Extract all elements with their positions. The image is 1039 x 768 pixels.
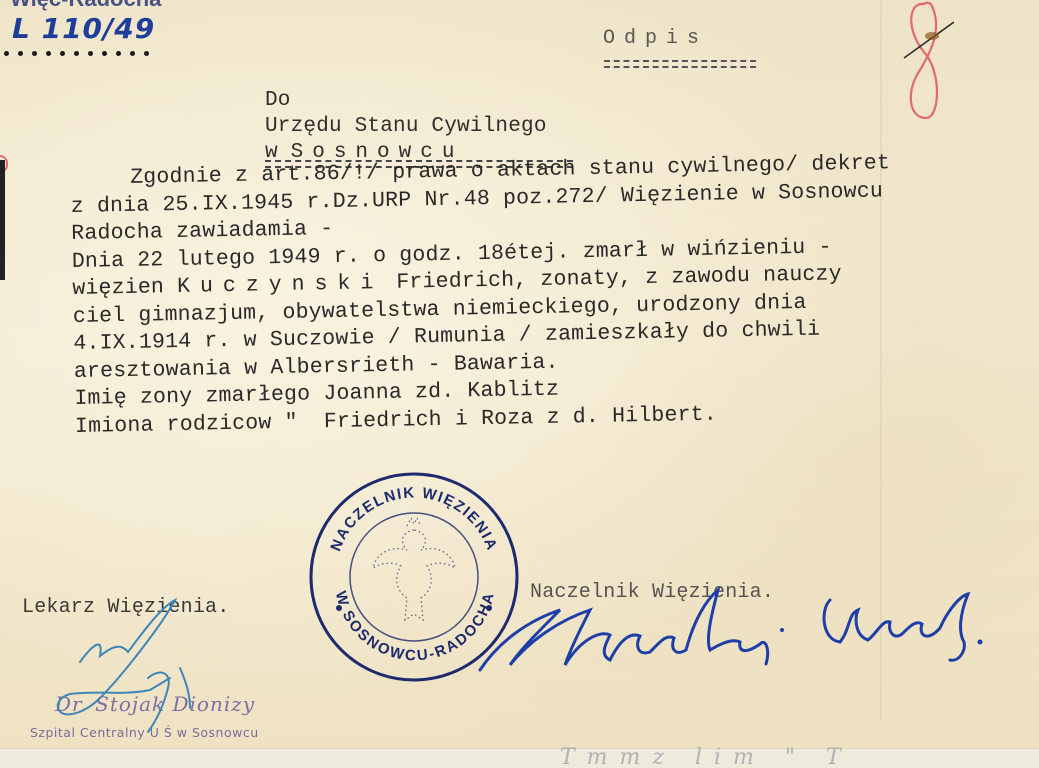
warden-signature <box>470 580 990 680</box>
underlying-sheet-edge <box>0 748 1039 768</box>
addressee-line-1: Do <box>265 89 291 112</box>
red-pencil-eight-mark <box>902 0 954 122</box>
addressee-block: Do Urzędu Stanu Cywilnego w Sosnowcu <box>265 88 547 166</box>
body-line-3: Radocha zawiadamia - <box>71 217 333 246</box>
copy-label: Odpis <box>603 26 708 52</box>
eagle-emblem-icon <box>373 518 455 620</box>
left-edge-binding-mark <box>0 160 5 280</box>
deceased-surname: Kuczynski <box>177 271 384 299</box>
doctor-signature <box>40 598 200 738</box>
body-line-5-prefix: więzien <box>72 275 177 301</box>
top-stamp-fragment: Więc-Radocha <box>10 0 161 12</box>
reference-number: L 110/49 <box>12 12 155 45</box>
copy-label-underline <box>604 60 756 68</box>
perforation-dots <box>4 51 149 56</box>
addressee-line-2: Urzędu Stanu Cywilnego <box>265 115 547 138</box>
underlying-sheet-handwriting: Tmmz lim " T <box>560 748 853 768</box>
notice-body: Zgodnie z art.86/!/ prawa o aktach stanu… <box>70 150 895 441</box>
